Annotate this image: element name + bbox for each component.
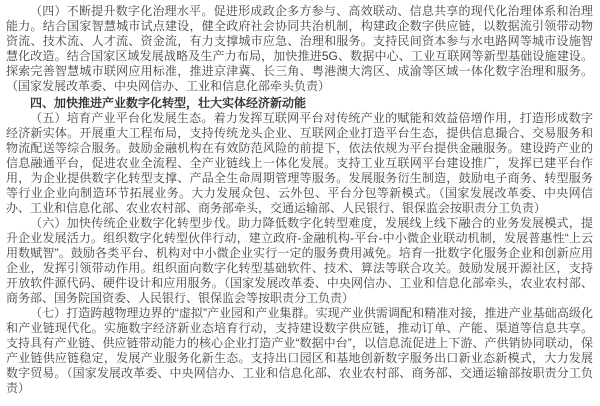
document-body: （四）不断提升数字化治理水平。促进形成政企多方参与、高效联动、信息共享的现代化治… — [0, 0, 600, 396]
paragraph-item-4: （四）不断提升数字化治理水平。促进形成政企多方参与、高效联动、信息共享的现代化治… — [6, 4, 593, 94]
paragraph-item-5: （五）培育产业平台化发展生态。着力发挥互联网平台对传统产业的赋能和效益倍增作用，… — [6, 111, 593, 216]
section-heading-4: 四、加快推进产业数字化转型，壮大实体经济新动能 — [6, 96, 593, 111]
paragraph-item-6: （六）加快传统企业数字化转型步伐。助力降低数字化转型难度，发展线上线下融合的业务… — [6, 216, 593, 306]
paragraph-item-7: （七）打造跨越物理边界的“虚拟”产业园和产业集群。实现产业供需调配和精准对接，推… — [6, 306, 593, 396]
